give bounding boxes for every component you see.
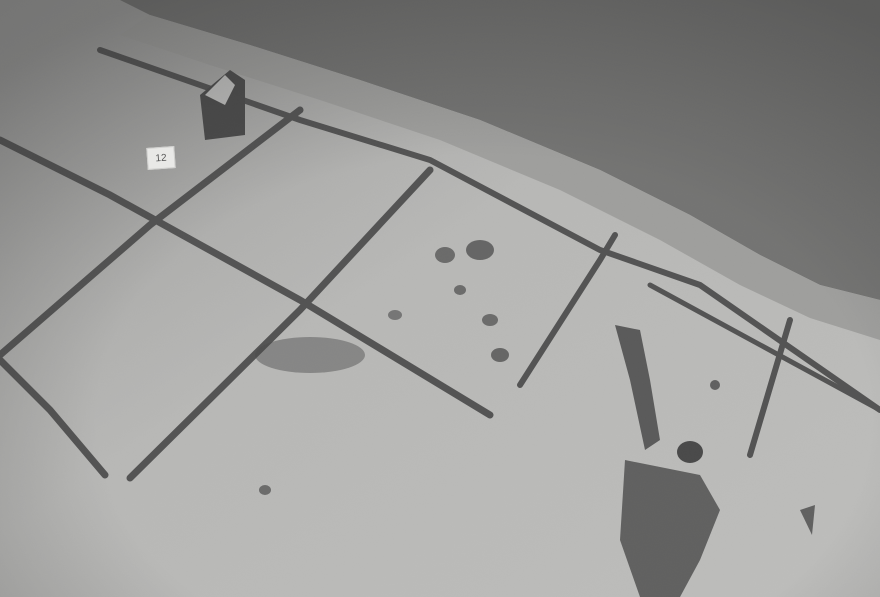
photo-canvas (0, 0, 880, 597)
evidence-marker: 12 (146, 146, 175, 170)
pavement-photo: 12 (0, 0, 880, 597)
